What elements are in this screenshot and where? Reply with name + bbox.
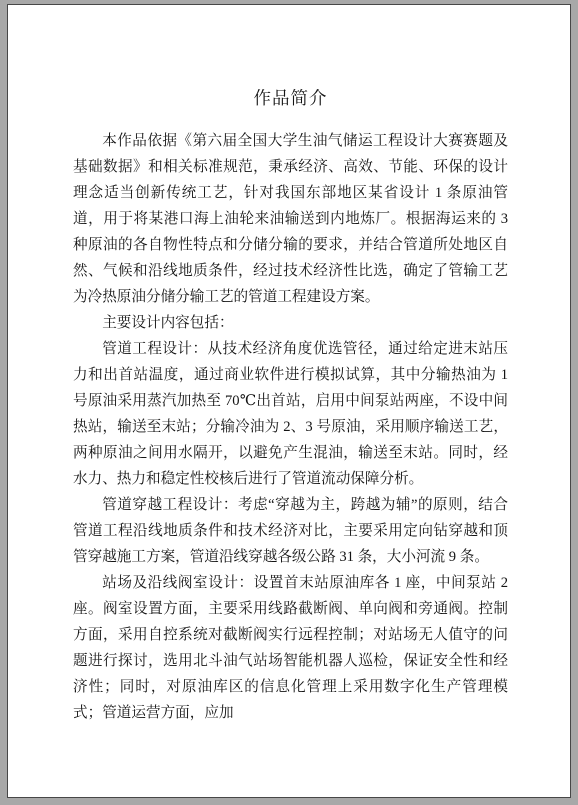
document-title: 作品简介 <box>73 87 508 109</box>
paragraph-intro: 本作品依据《第六届全国大学生油气储运工程设计大赛赛题及基础数据》和相关标准规范，… <box>73 128 508 310</box>
paragraph-contents-lead: 主要设计内容包括： <box>73 310 508 336</box>
pdf-canvas: { "document": { "title": "作品简介", "paragr… <box>0 0 578 805</box>
document-page: 作品简介 本作品依据《第六届全国大学生油气储运工程设计大赛赛题及基础数据》和相关… <box>7 4 571 798</box>
paragraph-station-valve-design: 站场及沿线阀室设计：设置首末站原油库各 1 座，中间泵站 2 座。阀室设置方面，… <box>73 570 508 726</box>
paragraph-crossing-design: 管道穿越工程设计：考虑“穿越为主，跨越为辅”的原则，结合管道工程沿线地质条件和技… <box>73 492 508 570</box>
paragraph-pipeline-design: 管道工程设计：从技术经济角度优选管径，通过给定进末站压力和出首站温度，通过商业软… <box>73 336 508 492</box>
